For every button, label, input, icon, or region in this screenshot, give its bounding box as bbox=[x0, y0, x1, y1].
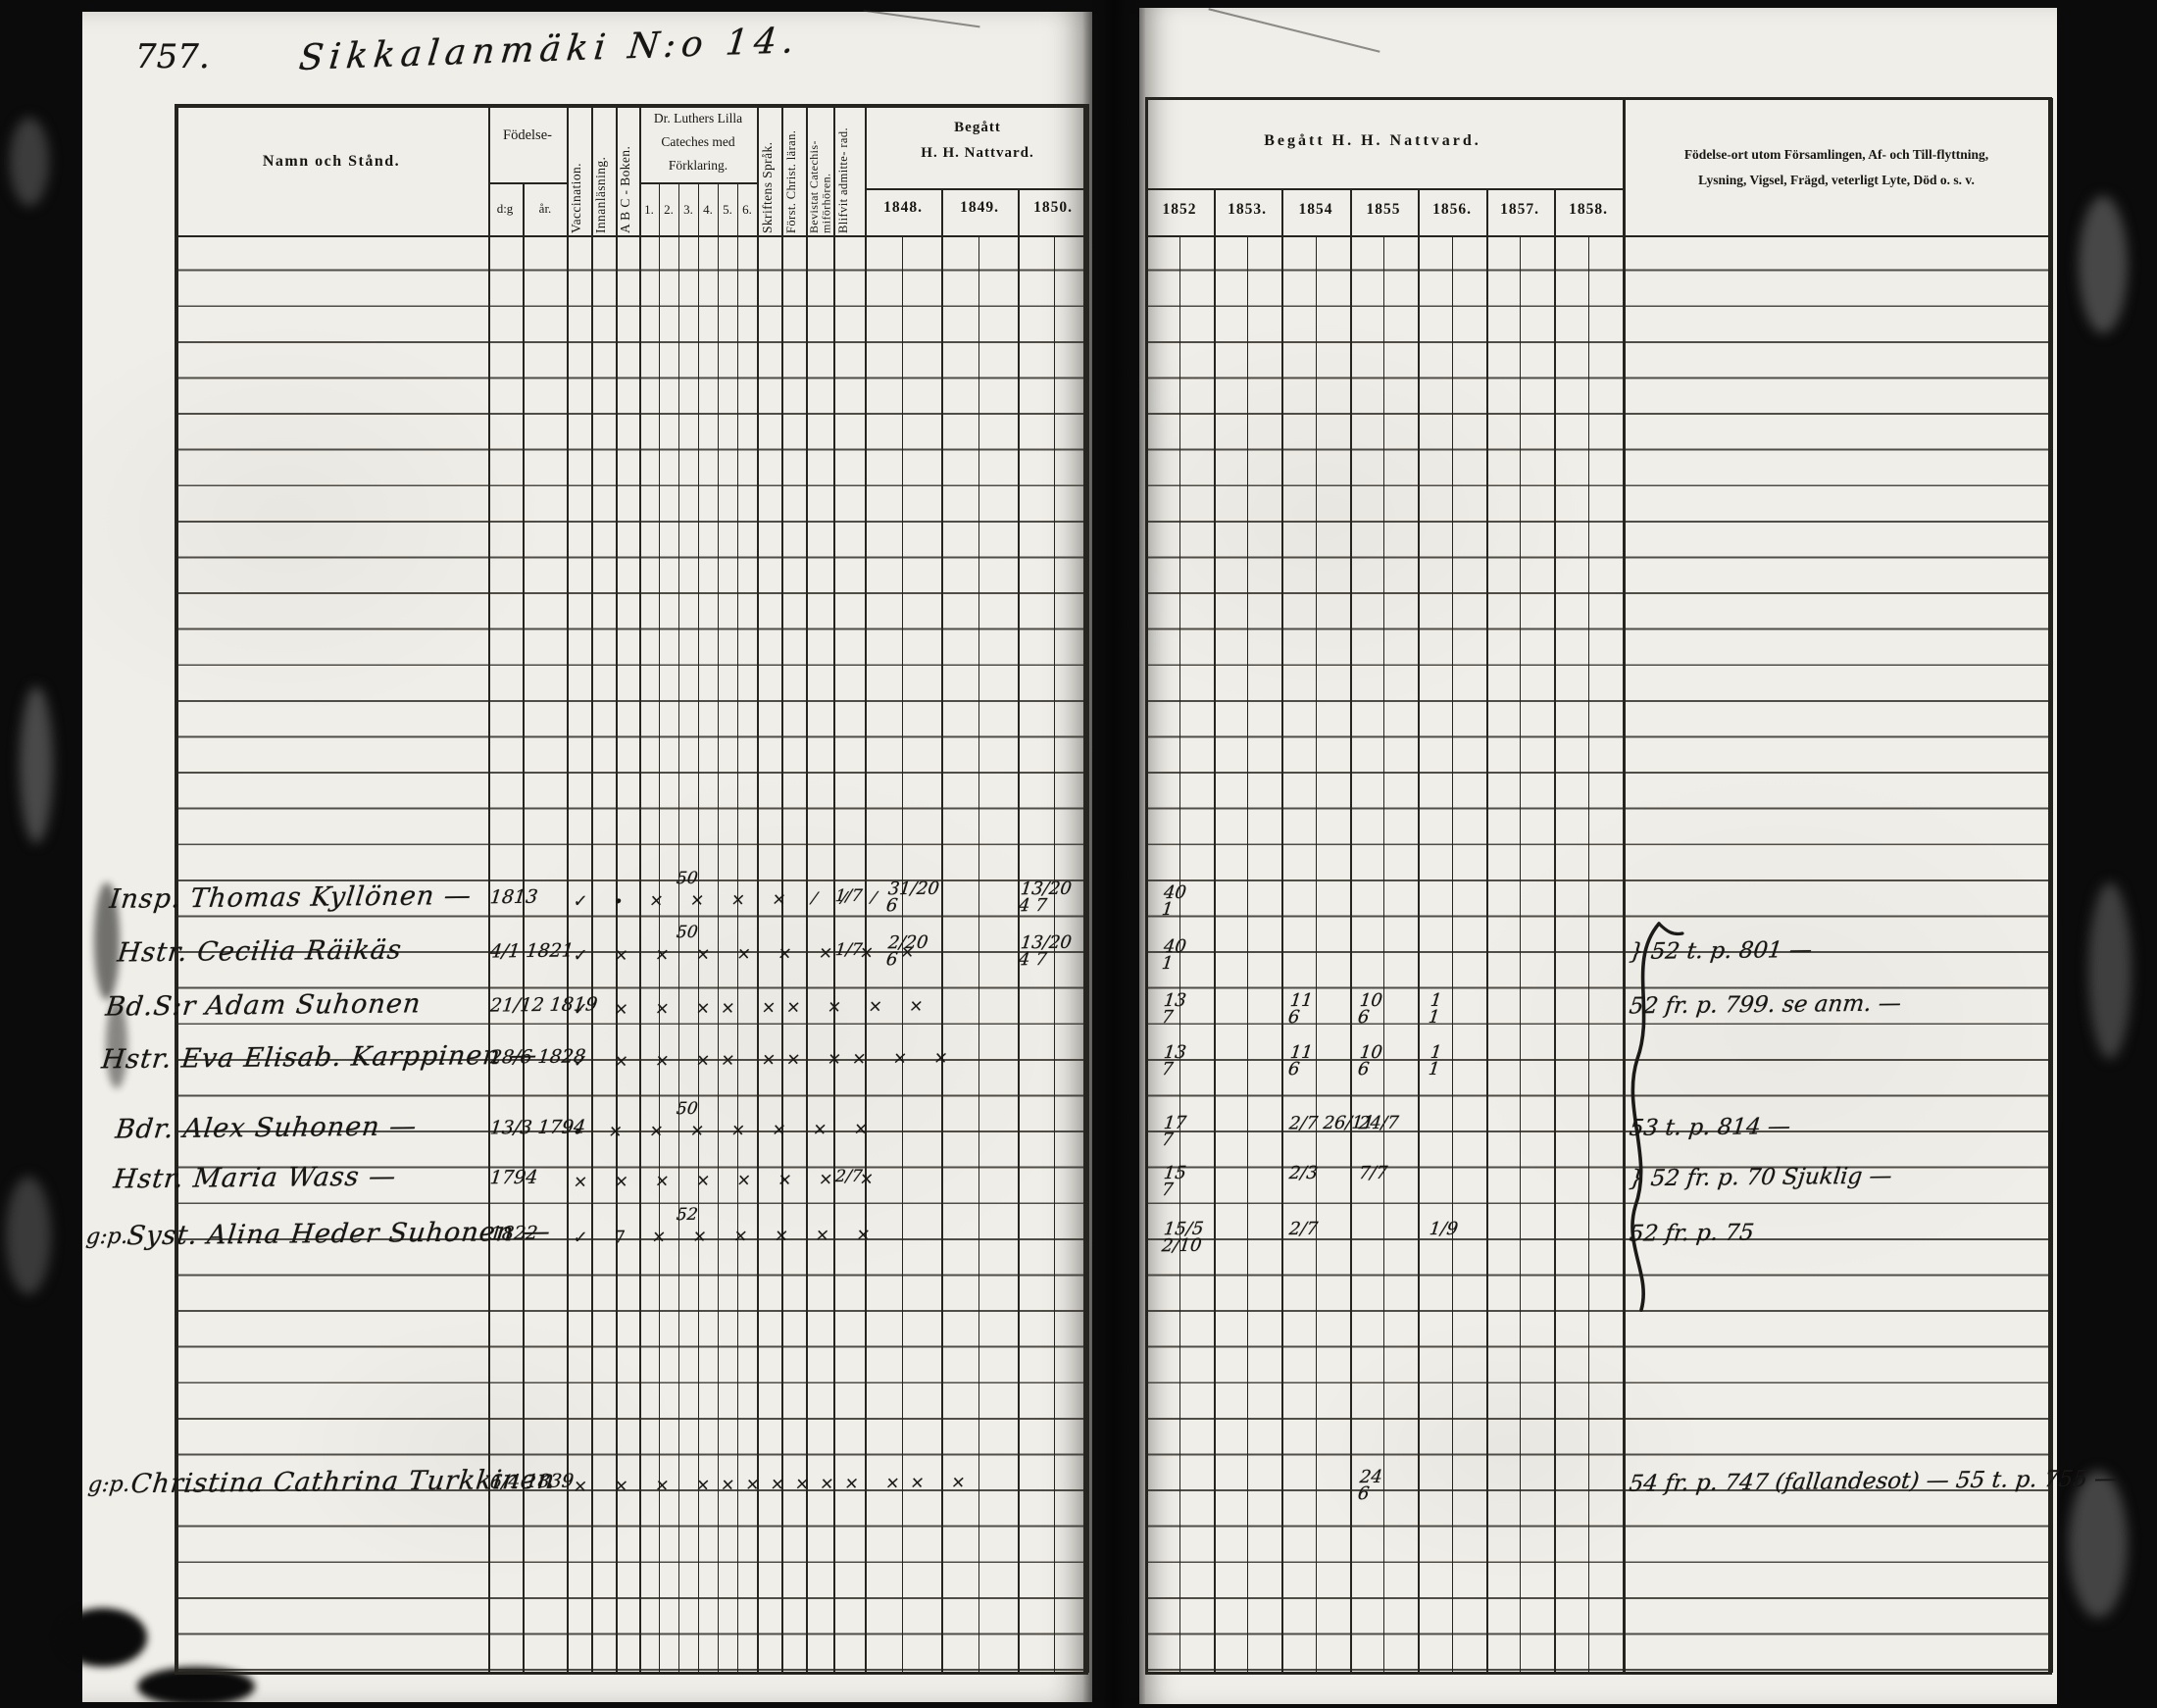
hw-rows-1-c1848: 2/20 6 bbox=[885, 934, 928, 969]
book-spine bbox=[1082, 0, 1145, 1708]
grid-vertical-line bbox=[488, 104, 490, 1673]
header-begatt-right: Begått H. H. Nattvard. bbox=[1264, 132, 1481, 150]
grid-vertical-line bbox=[1588, 237, 1589, 1673]
year-1856: 1856. bbox=[1432, 201, 1472, 219]
hw-rows-0-c1850: 13/20 4 7 bbox=[1018, 880, 1073, 915]
grid-vertical-line bbox=[567, 104, 569, 1673]
hw-rows-3-marks: ✓ × × ×× ×× ×× × × bbox=[573, 1048, 960, 1072]
grid-vertical-line bbox=[659, 182, 660, 1673]
grid-vertical-line bbox=[941, 188, 943, 1673]
hw-rows-1-note: } 52 t. p. 801 — bbox=[1628, 937, 1813, 965]
grid-horizontal-line bbox=[1145, 235, 2052, 237]
hw-rows-3-c1853: 11 6 bbox=[1287, 1044, 1314, 1078]
hw-rows-0-c1848: 31/20 6 bbox=[885, 880, 940, 915]
grid-horizontal-line bbox=[1145, 1672, 2052, 1675]
hw-rows-2-c1853: 11 6 bbox=[1287, 992, 1314, 1026]
grid-horizontal-line bbox=[865, 188, 1088, 190]
year-1848: 1848. bbox=[883, 199, 923, 217]
hw-rows-5-adm: 2/7 bbox=[834, 1167, 864, 1186]
hw-rows-4-marks: ∙ × × × × × × × bbox=[573, 1119, 880, 1141]
year-1857: 1857. bbox=[1500, 201, 1539, 219]
grid-vertical-line bbox=[1554, 188, 1556, 1673]
grid-vertical-line bbox=[523, 182, 525, 1673]
hw-rows-0-skrift: 50 bbox=[676, 869, 699, 888]
header-cateches-line1: Dr. Luthers Lilla bbox=[654, 111, 742, 126]
header-abc-boken: A B C - Boken. bbox=[619, 112, 632, 233]
grid-vertical-line bbox=[1083, 104, 1089, 1673]
hw-rows-4-skrift: 50 bbox=[676, 1099, 699, 1119]
grid-vertical-line bbox=[591, 104, 593, 1673]
hw-rows-6-birth: 1822 bbox=[489, 1223, 539, 1245]
header-cateches-col-1: 1. bbox=[644, 202, 654, 218]
hw-rows-6-name: Syst. Alina Heder Suhonen — bbox=[125, 1217, 553, 1252]
header-fodelse-ar: år. bbox=[539, 201, 552, 217]
edge-mottle bbox=[20, 686, 53, 843]
grid-vertical-line bbox=[781, 104, 783, 1673]
hw-rows-4-note: 53 t. p. 814 — bbox=[1628, 1114, 1791, 1141]
header-begatt-left-line1: Begått bbox=[954, 120, 1001, 136]
grid-vertical-line bbox=[1452, 237, 1453, 1673]
year-1853: 1853. bbox=[1228, 201, 1267, 219]
hw-rows-2-marks: ✓ × × ×× ×× × × × bbox=[573, 996, 935, 1020]
left-dark-edge bbox=[0, 0, 84, 1708]
year-1858: 1858. bbox=[1569, 201, 1608, 219]
header-remarks-line2: Lysning, Vigsel, Frägd, veterligt Lyte, … bbox=[1698, 173, 1975, 188]
hw-rows-5-c1854: 7/7 bbox=[1358, 1165, 1388, 1181]
grid-horizontal-line bbox=[488, 182, 567, 184]
edge-mottle bbox=[10, 118, 49, 206]
edge-mottle bbox=[2079, 196, 2128, 333]
header-blifvit-admitterad: Blifvit admitte- rad. bbox=[837, 110, 865, 233]
page-number: 757. bbox=[135, 37, 210, 76]
grid-vertical-line bbox=[1247, 237, 1248, 1673]
header-innanlasning: Innanläsning. bbox=[594, 112, 608, 233]
grid-vertical-line bbox=[616, 104, 618, 1673]
hw-rows-5-note: } 52 fr. p. 70 Sjuklig — bbox=[1628, 1164, 1893, 1192]
year-1855: 1855 bbox=[1367, 201, 1401, 219]
header-remarks-line1: Födelse-ort utom Församlingen, Af- och T… bbox=[1684, 147, 1988, 163]
hw-rows-6-c1853: 2/7 bbox=[1288, 1221, 1319, 1237]
hw-rows-7-c1854: 24 6 bbox=[1357, 1469, 1383, 1502]
grid-vertical-line bbox=[978, 237, 979, 1673]
hw-rows-1-marks: ✓ × × × × × × × × bbox=[573, 942, 927, 966]
hw-rows-0-c1852: 40 1 bbox=[1161, 884, 1187, 918]
hw-rows-1-c1850: 13/20 4 7 bbox=[1018, 934, 1073, 969]
edge-mottle bbox=[2088, 882, 2132, 1059]
header-forst-christ-laran: Först. Christ. läran. bbox=[785, 110, 798, 233]
year-1850: 1850. bbox=[1033, 199, 1073, 217]
hw-rows-1-name: Hstr. Cecilia Räikäs bbox=[116, 934, 404, 968]
header-cateches-col-6: 6. bbox=[742, 202, 752, 218]
grid-vertical-line bbox=[639, 104, 641, 1673]
grid-vertical-line bbox=[806, 104, 808, 1673]
hw-rows-3-c1852: 13 7 bbox=[1161, 1044, 1187, 1078]
header-fodelse: Födelse- bbox=[503, 127, 552, 144]
hw-rows-6-c1855: 1/9 bbox=[1429, 1221, 1459, 1237]
grid-horizontal-line bbox=[639, 182, 757, 184]
hw-rows-5-birth: 1794 bbox=[489, 1167, 539, 1189]
grid-vertical-line bbox=[1316, 237, 1317, 1673]
hw-rows-2-c1854: 10 6 bbox=[1357, 992, 1383, 1026]
header-bevistat-catechismiforhoren: Bevistat Catechis- miförhören. bbox=[808, 110, 835, 233]
hw-rows-6-marks: ✓ 7 × × × × × × bbox=[573, 1225, 882, 1247]
hw-rows-6-skrift: 52 bbox=[676, 1205, 699, 1225]
hw-rows-5-name: Hstr. Maria Wass — bbox=[112, 1161, 398, 1194]
grid-vertical-line bbox=[2048, 98, 2053, 1673]
hw-rows-0-birth: 1813 bbox=[489, 886, 539, 909]
year-1854: 1854 bbox=[1299, 201, 1333, 219]
grid-vertical-line bbox=[1383, 237, 1384, 1673]
year-1852: 1852 bbox=[1163, 201, 1197, 219]
hw-rows-6-c1852: 15/5 2/10 bbox=[1161, 1221, 1204, 1255]
hw-rows-4-c1854: 24/7 bbox=[1358, 1115, 1399, 1132]
hw-rows-5-c1853: 2/3 bbox=[1288, 1165, 1319, 1181]
hw-rows-3-c1854: 10 6 bbox=[1357, 1044, 1383, 1078]
hw-rows-1-c1852: 40 1 bbox=[1161, 938, 1187, 972]
grid-vertical-line bbox=[1214, 188, 1216, 1673]
hw-rows-1-adm: 1/7 bbox=[834, 940, 864, 960]
ink-blotch bbox=[59, 1608, 147, 1667]
header-cateches-col-2: 2. bbox=[664, 202, 674, 218]
hw-rows-1-birth: 4/1 1821 bbox=[489, 940, 576, 963]
hw-rows-2-c1852: 13 7 bbox=[1161, 992, 1187, 1026]
header-begatt-left-line2: H. H. Nattvard. bbox=[921, 145, 1033, 162]
hw-rows-2-name: Bd.S:r Adam Suhonen bbox=[104, 988, 423, 1022]
header-namn-och-stand: Namn och Stånd. bbox=[263, 153, 400, 171]
hw-rows-0-name: Insp. Thomas Kyllönen — bbox=[108, 880, 474, 915]
year-1849: 1849. bbox=[960, 199, 999, 217]
hw-rows-1-skrift: 50 bbox=[676, 923, 699, 942]
header-fodelse-dag: d:g bbox=[497, 201, 514, 217]
scanned-ledger-spread: 757. Sikkalanmäki N:o 14. Namn och Stånd… bbox=[0, 0, 2157, 1708]
hw-rows-6-margin: g:p. bbox=[85, 1225, 129, 1249]
header-cateches-line3: Förklaring. bbox=[669, 158, 727, 174]
hw-rows-4-name: Bdr. Alex Suhonen — bbox=[114, 1111, 419, 1144]
header-cateches-col-4: 4. bbox=[703, 202, 713, 218]
grid-horizontal-line bbox=[1145, 97, 2052, 100]
grid-horizontal-line bbox=[1145, 188, 1623, 190]
edge-mottle bbox=[2069, 1471, 2128, 1618]
hw-rows-5-c1852: 15 7 bbox=[1161, 1165, 1187, 1198]
grid-horizontal-line bbox=[175, 1672, 1088, 1675]
grid-vertical-line bbox=[757, 104, 759, 1673]
grid-vertical-line bbox=[737, 182, 738, 1673]
grid-vertical-line bbox=[718, 182, 719, 1673]
hw-rows-0-adm: 1/7 bbox=[834, 886, 864, 906]
hw-rows-7-birth: 6/4 1839 bbox=[489, 1471, 576, 1493]
grid-vertical-line bbox=[1281, 188, 1283, 1673]
hw-rows-7-margin: g:p. bbox=[87, 1473, 131, 1497]
grid-vertical-line bbox=[1145, 98, 1148, 1673]
header-cateches-col-5: 5. bbox=[723, 202, 732, 218]
hw-rows-4-c1852: 17 7 bbox=[1161, 1115, 1187, 1148]
grid-vertical-line bbox=[1486, 188, 1488, 1673]
header-cateches-line2: Cateches med bbox=[661, 134, 734, 150]
grid-horizontal-line bbox=[175, 104, 1088, 108]
header-vaccination: Vaccination. bbox=[570, 112, 583, 233]
edge-mottle bbox=[6, 1177, 51, 1294]
grid-vertical-line bbox=[1623, 98, 1626, 1673]
grid-horizontal-line bbox=[175, 235, 1088, 237]
hw-rows-6-note: 52 fr. p. 75 bbox=[1628, 1220, 1755, 1246]
grid-vertical-line bbox=[1018, 188, 1020, 1673]
grid-vertical-line bbox=[1520, 237, 1521, 1673]
hw-rows-7-note: 54 fr. p. 747 (fallandesot) — 55 t. p. 7… bbox=[1628, 1466, 2119, 1496]
grid-vertical-line bbox=[1350, 188, 1352, 1673]
header-cateches-col-3: 3. bbox=[683, 202, 693, 218]
grid-vertical-line bbox=[1418, 188, 1420, 1673]
hw-rows-2-note: 52 fr. p. 799. se anm. — bbox=[1628, 991, 1902, 1020]
hw-rows-3-name: Hstr. Eva Elisab. Karppinen — bbox=[100, 1040, 539, 1076]
header-skriftens-sprak: Skriftens Språk. bbox=[761, 110, 775, 233]
